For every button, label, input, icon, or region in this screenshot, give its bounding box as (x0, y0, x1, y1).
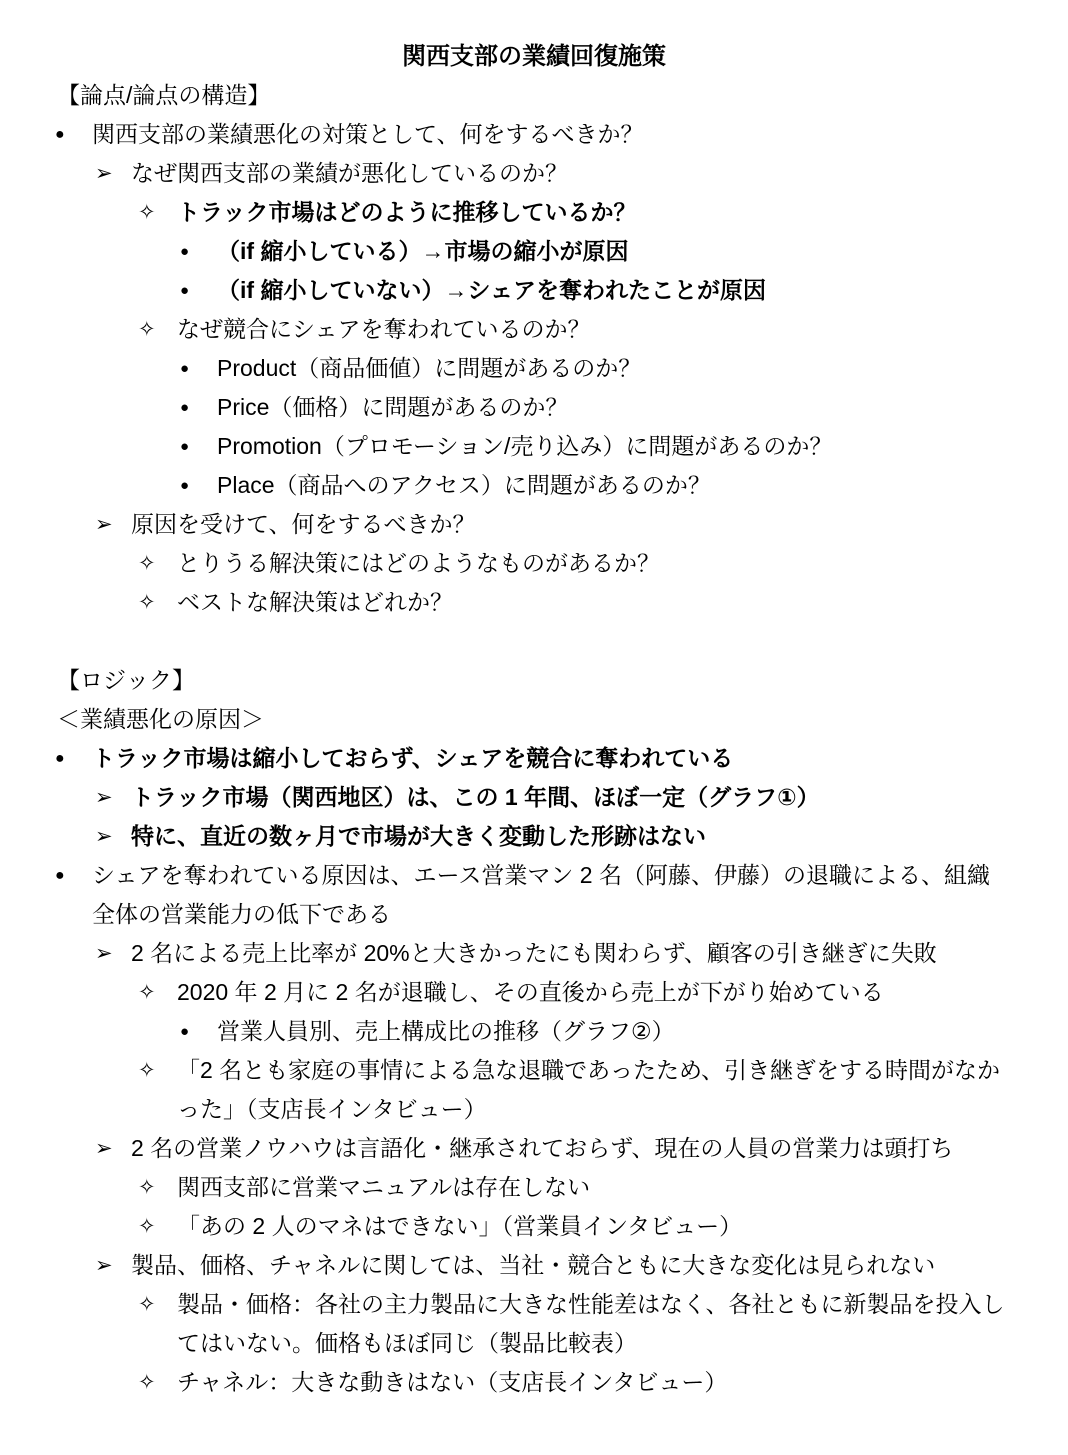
bullet-circle-icon: ● (180, 466, 189, 505)
list-item: ✧ ベストな解決策はどれか？ (0, 583, 1068, 622)
bullet-circle-icon: ● (55, 739, 65, 778)
list-item: ➢ なぜ関西支部の業績が悪化しているのか？ (0, 154, 1068, 193)
arrow-bullet-icon: ➢ (95, 778, 113, 817)
list-item: ✧ 「2 名とも家庭の事情による急な退職であったため、引き継ぎをする時間がなかっ… (0, 1051, 1068, 1129)
arrow-bullet-icon: ➢ (95, 934, 113, 973)
arrow-bullet-icon: ➢ (95, 817, 113, 856)
list-item-text: Price（価格）に問題があるのか？ (217, 394, 568, 420)
diamond-bullet-icon: ✧ (138, 1363, 156, 1402)
list-item: ✧ 関西支部に営業マニュアルは存在しない (0, 1168, 1068, 1207)
list-item-text: とりうる解決策にはどのようなものがあるか？ (177, 550, 660, 576)
bullet-circle-icon: ● (180, 271, 189, 310)
list-item-text: チャネル：大きな動きはない（支店長インタビュー） (177, 1369, 727, 1395)
bullet-circle-icon: ● (55, 115, 65, 154)
list-item-text: （if 縮小していない）→シェアを奪われたことが原因 (217, 277, 766, 303)
diamond-bullet-icon: ✧ (138, 1051, 156, 1090)
list-item-text: トラック市場は縮小しておらず、シェアを競合に奪われている (92, 745, 733, 771)
bullet-circle-icon: ● (180, 1012, 189, 1051)
diamond-bullet-icon: ✧ (138, 1168, 156, 1207)
list-item-text: Product（商品価値）に問題があるのか？ (217, 355, 641, 381)
arrow-bullet-icon: ➢ (95, 154, 113, 193)
list-item: ● Promotion（プロモーション/売り込み）に問題があるのか？ (0, 427, 1068, 466)
list-item-text: なぜ競合にシェアを奪われているのか？ (177, 316, 591, 342)
list-item-text: なぜ関西支部の業績が悪化しているのか？ (131, 160, 568, 186)
list-item-text: シェアを奪われている原因は、エース営業マン 2 名（阿藤、伊藤）の退職による、組… (92, 862, 990, 927)
list-item: ● Price（価格）に問題があるのか？ (0, 388, 1068, 427)
list-item-text: 2 名の営業ノウハウは言語化・継承されておらず、現在の人員の営業力は頭打ち (131, 1135, 953, 1161)
diamond-bullet-icon: ✧ (138, 1207, 156, 1246)
list-item: ✧ 製品・価格：各社の主力製品に大きな性能差はなく、各社ともに新製品を投入しては… (0, 1285, 1068, 1363)
arrow-bullet-icon: ➢ (95, 1246, 113, 1285)
list-item: ● Product（商品価値）に問題があるのか？ (0, 349, 1068, 388)
list-item-text: 製品、価格、チャネルに関しては、当社・競合ともに大きな変化は見られない (131, 1252, 935, 1278)
list-item: ● 営業人員別、売上構成比の推移（グラフ②） (0, 1012, 1068, 1051)
bullet-circle-icon: ● (180, 349, 189, 388)
bullet-circle-icon: ● (180, 232, 189, 271)
list-item-text: 関西支部の業績悪化の対策として、何をするべきか？ (92, 121, 644, 147)
list-item-text: （if 縮小している）→市場の縮小が原因 (217, 238, 628, 264)
diamond-bullet-icon: ✧ (138, 544, 156, 583)
page-title: 関西支部の業績回復施策 (0, 37, 1068, 76)
list-item-text: ベストな解決策はどれか？ (177, 589, 453, 615)
document-page: 関西支部の業績回復施策 【論点/論点の構造】 ● 関西支部の業績悪化の対策として… (0, 0, 1068, 1455)
list-item: ➢ 2 名による売上比率が 20%と大きかったにも関わらず、顧客の引き継ぎに失敗 (0, 934, 1068, 973)
list-item-text: 原因を受けて、何をするべきか？ (131, 511, 476, 537)
list-item: ➢ 特に、直近の数ヶ月で市場が大きく変動した形跡はない (0, 817, 1068, 856)
section-logic: 【ロジック】 ＜業績悪化の原因＞ ● トラック市場は縮小しておらず、シェアを競合… (0, 661, 1068, 1402)
list-item-text: 「2 名とも家庭の事情による急な退職であったため、引き継ぎをする時間がなかった」… (177, 1057, 1000, 1122)
bullet-circle-icon: ● (55, 856, 65, 895)
list-item: ✧ トラック市場はどのように推移しているか？ (0, 193, 1068, 232)
list-item: ➢ 2 名の営業ノウハウは言語化・継承されておらず、現在の人員の営業力は頭打ち (0, 1129, 1068, 1168)
bullet-circle-icon: ● (180, 427, 189, 466)
diamond-bullet-icon: ✧ (138, 193, 156, 232)
list-item-text: 関西支部に営業マニュアルは存在しない (177, 1174, 590, 1200)
list-item: ● （if 縮小していない）→シェアを奪われたことが原因 (0, 271, 1068, 310)
list-item-text: 特に、直近の数ヶ月で市場が大きく変動した形跡はない (131, 823, 706, 849)
list-item: ● Place（商品へのアクセス）に問題があるのか？ (0, 466, 1068, 505)
list-item: ✧ チャネル：大きな動きはない（支店長インタビュー） (0, 1363, 1068, 1402)
list-item: ● トラック市場は縮小しておらず、シェアを競合に奪われている (0, 739, 1068, 778)
list-item-text: 営業人員別、売上構成比の推移（グラフ②） (217, 1018, 675, 1044)
list-item-text: Promotion（プロモーション/売り込み）に問題があるのか？ (217, 433, 832, 459)
list-item: ✧ とりうる解決策にはどのようなものがあるか？ (0, 544, 1068, 583)
diamond-bullet-icon: ✧ (138, 583, 156, 622)
section-heading: 【ロジック】 (0, 661, 1068, 700)
list-item: ✧ なぜ競合にシェアを奪われているのか？ (0, 310, 1068, 349)
list-item: ✧ 2020 年 2 月に 2 名が退職し、その直後から売上が下がり始めている (0, 973, 1068, 1012)
diamond-bullet-icon: ✧ (138, 310, 156, 349)
list-item: ➢ 原因を受けて、何をするべきか？ (0, 505, 1068, 544)
list-item: ➢ トラック市場（関西地区）は、この 1 年間、ほぼ一定（グラフ①） (0, 778, 1068, 817)
bullet-circle-icon: ● (180, 388, 189, 427)
list-item: ● 関西支部の業績悪化の対策として、何をするべきか？ (0, 115, 1068, 154)
list-item: ✧ 「あの 2 人のマネはできない」（営業員インタビュー） (0, 1207, 1068, 1246)
list-item: ➢ 製品、価格、チャネルに関しては、当社・競合ともに大きな変化は見られない (0, 1246, 1068, 1285)
section-subheading: ＜業績悪化の原因＞ (0, 700, 1068, 739)
list-item-text: 「あの 2 人のマネはできない」（営業員インタビュー） (177, 1213, 742, 1239)
section-issues: 【論点/論点の構造】 ● 関西支部の業績悪化の対策として、何をするべきか？ ➢ … (0, 76, 1068, 622)
diamond-bullet-icon: ✧ (138, 973, 156, 1012)
list-item-text: 2 名による売上比率が 20%と大きかったにも関わらず、顧客の引き継ぎに失敗 (131, 940, 937, 966)
list-item: ● シェアを奪われている原因は、エース営業マン 2 名（阿藤、伊藤）の退職による… (0, 856, 1068, 934)
list-item-text: トラック市場（関西地区）は、この 1 年間、ほぼ一定（グラフ①） (131, 784, 820, 810)
list-item-text: トラック市場はどのように推移しているか？ (177, 199, 637, 225)
list-item-text: Place（商品へのアクセス）に問題があるのか？ (217, 472, 711, 498)
diamond-bullet-icon: ✧ (138, 1285, 156, 1324)
section-heading: 【論点/論点の構造】 (0, 76, 1068, 115)
list-item-text: 2020 年 2 月に 2 名が退職し、その直後から売上が下がり始めている (177, 979, 884, 1005)
list-item-text: 製品・価格：各社の主力製品に大きな性能差はなく、各社ともに新製品を投入してはいな… (177, 1291, 1005, 1356)
list-item: ● （if 縮小している）→市場の縮小が原因 (0, 232, 1068, 271)
arrow-bullet-icon: ➢ (95, 1129, 113, 1168)
arrow-bullet-icon: ➢ (95, 505, 113, 544)
